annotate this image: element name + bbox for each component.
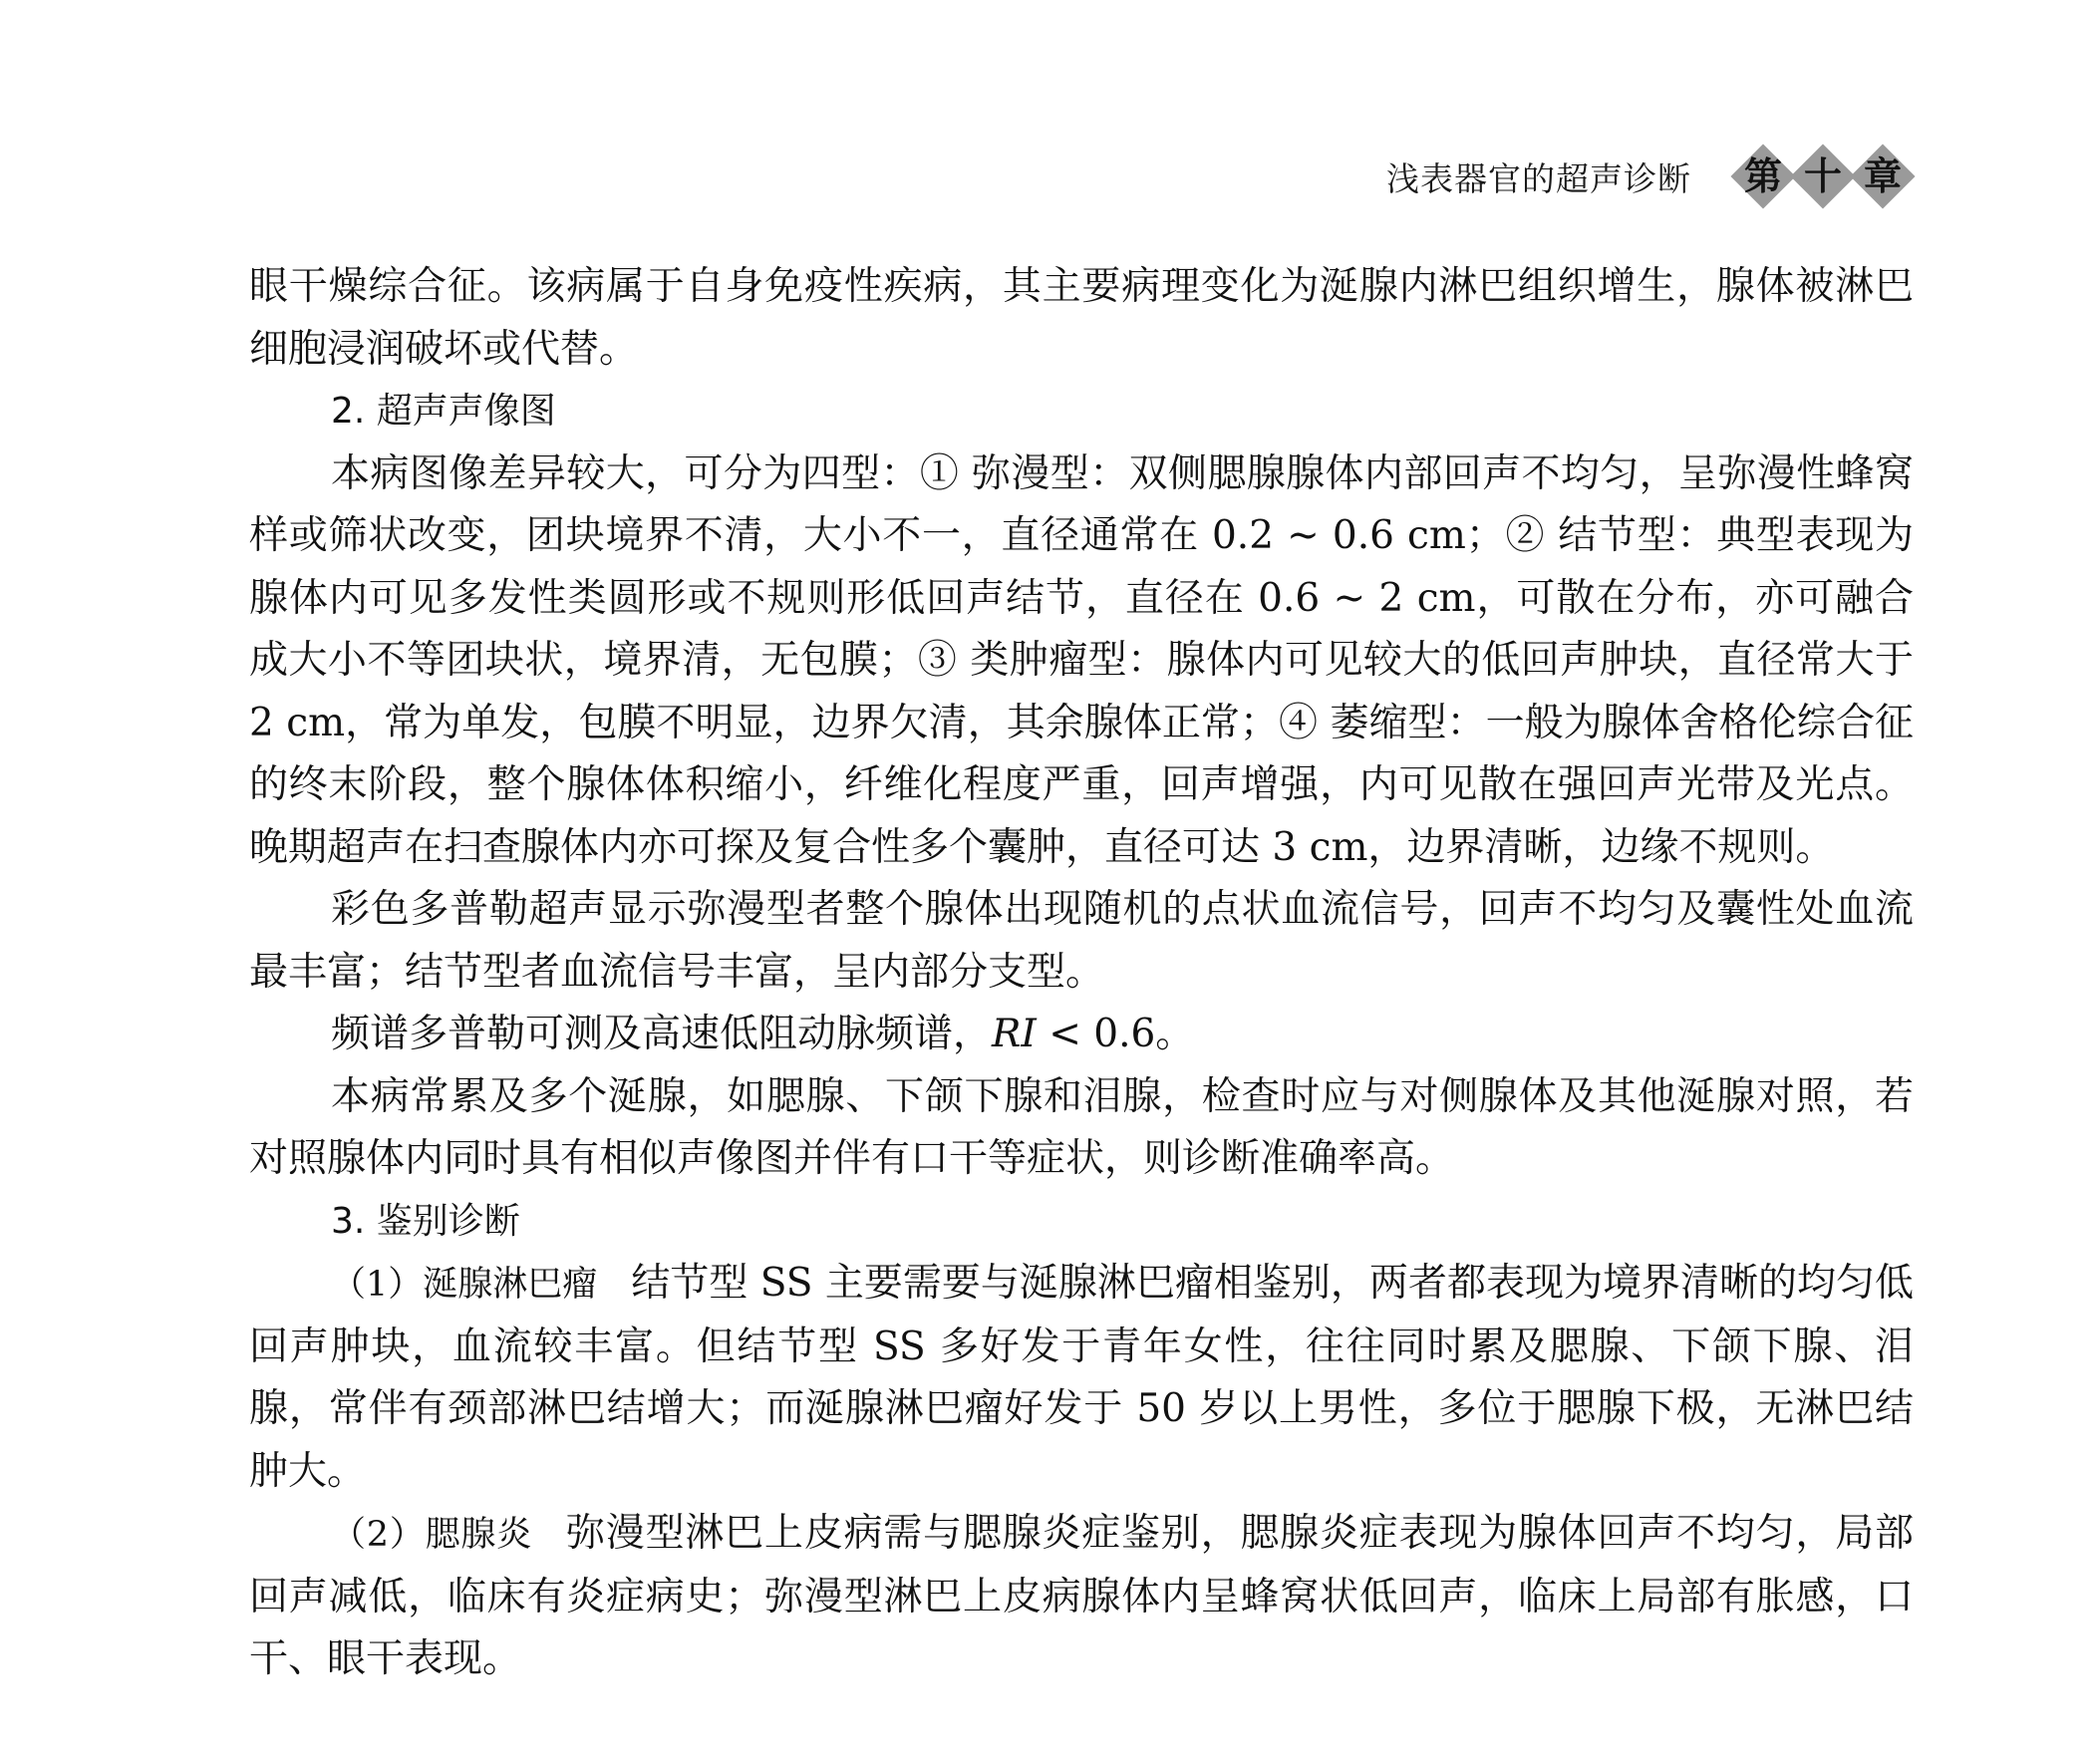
diamond-icon: 第 [1731,145,1795,208]
paragraph-multiple-glands: 本病常累及多个涎腺，如腮腺、下颌下腺和泪腺，检查时应与对侧腺体及其他涎腺对照，若… [249,1066,1914,1191]
paragraph-spectral-doppler: 频谱多普勒可测及高速低阻动脉频谱，RI < 0.6。 [249,1004,1914,1066]
diamond-icon: 章 [1851,145,1915,208]
paragraph-four-types: 本病图像差异较大，可分为四型：① 弥漫型：双侧腮腺腺体内部回声不均匀，呈弥漫性蜂… [249,443,1914,880]
running-title: 浅表器官的超声诊断 [1386,153,1691,200]
chapter-mark: 第 十 章 [1735,145,1915,208]
differential-term: （2）腮腺炎 [331,1515,532,1555]
section-heading-differential-diagnosis: 3. 鉴别诊断 [249,1191,1914,1254]
ri-value: < 0.6。 [1037,1012,1195,1056]
running-head: 浅表器官的超声诊断 第 十 章 [1386,146,1915,207]
paragraph-color-doppler: 彩色多普勒超声显示弥漫型者整个腺体出现随机的点状血流信号，回声不均匀及囊性处血流… [249,879,1914,1004]
ri-symbol: RI [992,1012,1037,1056]
differential-item-lymphoma: （1）涎腺淋巴瘤结节型 SS 主要需要与涎腺淋巴瘤相鉴别，两者都表现为境界清晰的… [249,1253,1914,1503]
differential-item-parotitis: （2）腮腺炎弥漫型淋巴上皮病需与腮腺炎症鉴别，腮腺炎症表现为腺体回声不均匀，局部… [249,1503,1914,1691]
section-heading-ultrasound-image: 2. 超声声像图 [249,381,1914,443]
chapter-char: 章 [1851,145,1915,208]
chapter-char: 第 [1731,145,1795,208]
chapter-char: 十 [1791,145,1855,208]
paragraph-intro-continued: 眼干燥综合征。该病属于自身免疫性疾病，其主要病理变化为涎腺内淋巴组织增生，腺体被… [249,256,1914,381]
diamond-icon: 十 [1791,145,1855,208]
page-body: 眼干燥综合征。该病属于自身免疫性疾病，其主要病理变化为涎腺内淋巴组织增生，腺体被… [249,256,1914,1691]
differential-term: （1）涎腺淋巴瘤 [331,1265,597,1305]
spectral-doppler-text: 频谱多普勒可测及高速低阻动脉频谱， [331,1012,992,1056]
